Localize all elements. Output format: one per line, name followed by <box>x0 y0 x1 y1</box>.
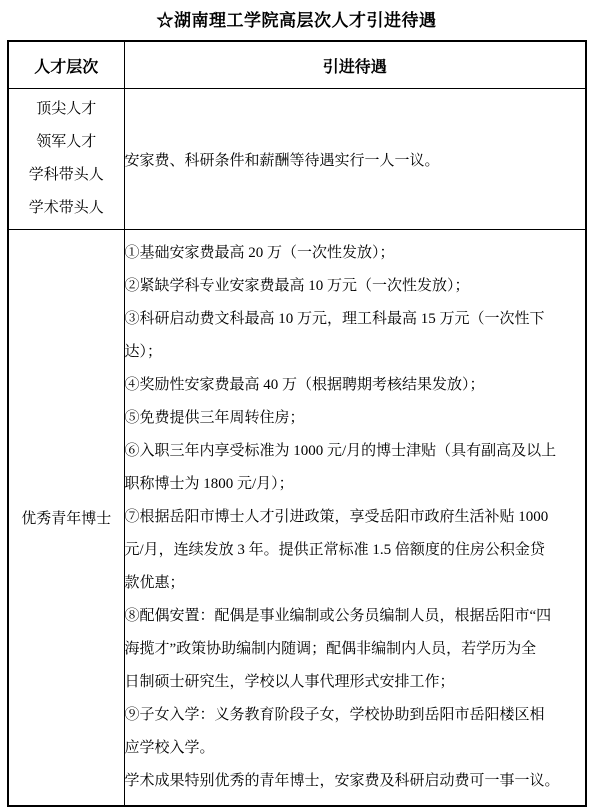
benefit-item-1: ①基础安家费最高 20 万（一次性发放）； <box>125 237 586 270</box>
table-header-row: 人才层次 引进待遇 <box>8 41 586 89</box>
document-page: ☆湖南理工学院高层次人才引进待遇 人才层次 引进待遇 顶尖人才 领军人才 学科带… <box>0 0 593 812</box>
benefit-note-exceptional: 学术成果特别优秀的青年博士，安家费及科研启动费可一事一议。 <box>125 765 586 798</box>
header-talent-level: 人才层次 <box>8 41 124 89</box>
benefit-item-6: ⑥入职三年内享受标准为 1000 元/月的博士津贴（具有副高及以上 职称博士为 … <box>125 435 586 501</box>
young-doctor-level-cell: 优秀青年博士 <box>8 230 124 807</box>
header-benefits: 引进待遇 <box>124 41 586 89</box>
level-academic-leader: 学术带头人 <box>9 192 124 225</box>
level-leading-talent: 领军人才 <box>9 126 124 159</box>
benefit-item-7: ⑦根据岳阳市博士人才引进政策，享受岳阳市政府生活补贴 1000 元/月，连续发放… <box>125 501 586 600</box>
benefits-table: 人才层次 引进待遇 顶尖人才 领军人才 学科带头人 学术带头人 安家费、科研条件… <box>7 40 587 807</box>
benefit-item-4: ④奖励性安家费最高 40 万（根据聘期考核结果发放）； <box>125 369 586 402</box>
benefit-item-2: ②紧缺学科专业安家费最高 10 万元（一次性发放）； <box>125 270 586 303</box>
table-row-senior-talent: 顶尖人才 领军人才 学科带头人 学术带头人 安家费、科研条件和薪酬等待遇实行一人… <box>8 89 586 230</box>
benefit-item-5: ⑤免费提供三年周转住房； <box>125 402 586 435</box>
benefit-item-3: ③科研启动费文科最高 10 万元，理工科最高 15 万元（一次性下 达）； <box>125 303 586 369</box>
senior-talent-benefit-text: 安家费、科研条件和薪酬等待遇实行一人一议。 <box>125 153 440 169</box>
page-title: ☆湖南理工学院高层次人才引进待遇 <box>0 6 593 31</box>
young-doctor-benefits-cell: ①基础安家费最高 20 万（一次性发放）； ②紧缺学科专业安家费最高 10 万元… <box>124 230 586 807</box>
benefit-item-8: ⑧配偶安置：配偶是事业编制或公务员编制人员，根据岳阳市“四 海揽才”政策协助编制… <box>125 600 586 699</box>
level-top-talent: 顶尖人才 <box>9 93 124 126</box>
level-subject-leader: 学科带头人 <box>9 159 124 192</box>
table-row-young-doctor: 优秀青年博士 ①基础安家费最高 20 万（一次性发放）； ②紧缺学科专业安家费最… <box>8 230 586 807</box>
senior-talent-benefit-cell: 安家费、科研条件和薪酬等待遇实行一人一议。 <box>124 89 586 230</box>
level-young-doctor: 优秀青年博士 <box>21 511 111 527</box>
senior-talent-levels-cell: 顶尖人才 领军人才 学科带头人 学术带头人 <box>8 89 124 230</box>
benefit-item-9: ⑨子女入学：义务教育阶段子女，学校协助到岳阳市岳阳楼区相 应学校入学。 <box>125 699 586 765</box>
